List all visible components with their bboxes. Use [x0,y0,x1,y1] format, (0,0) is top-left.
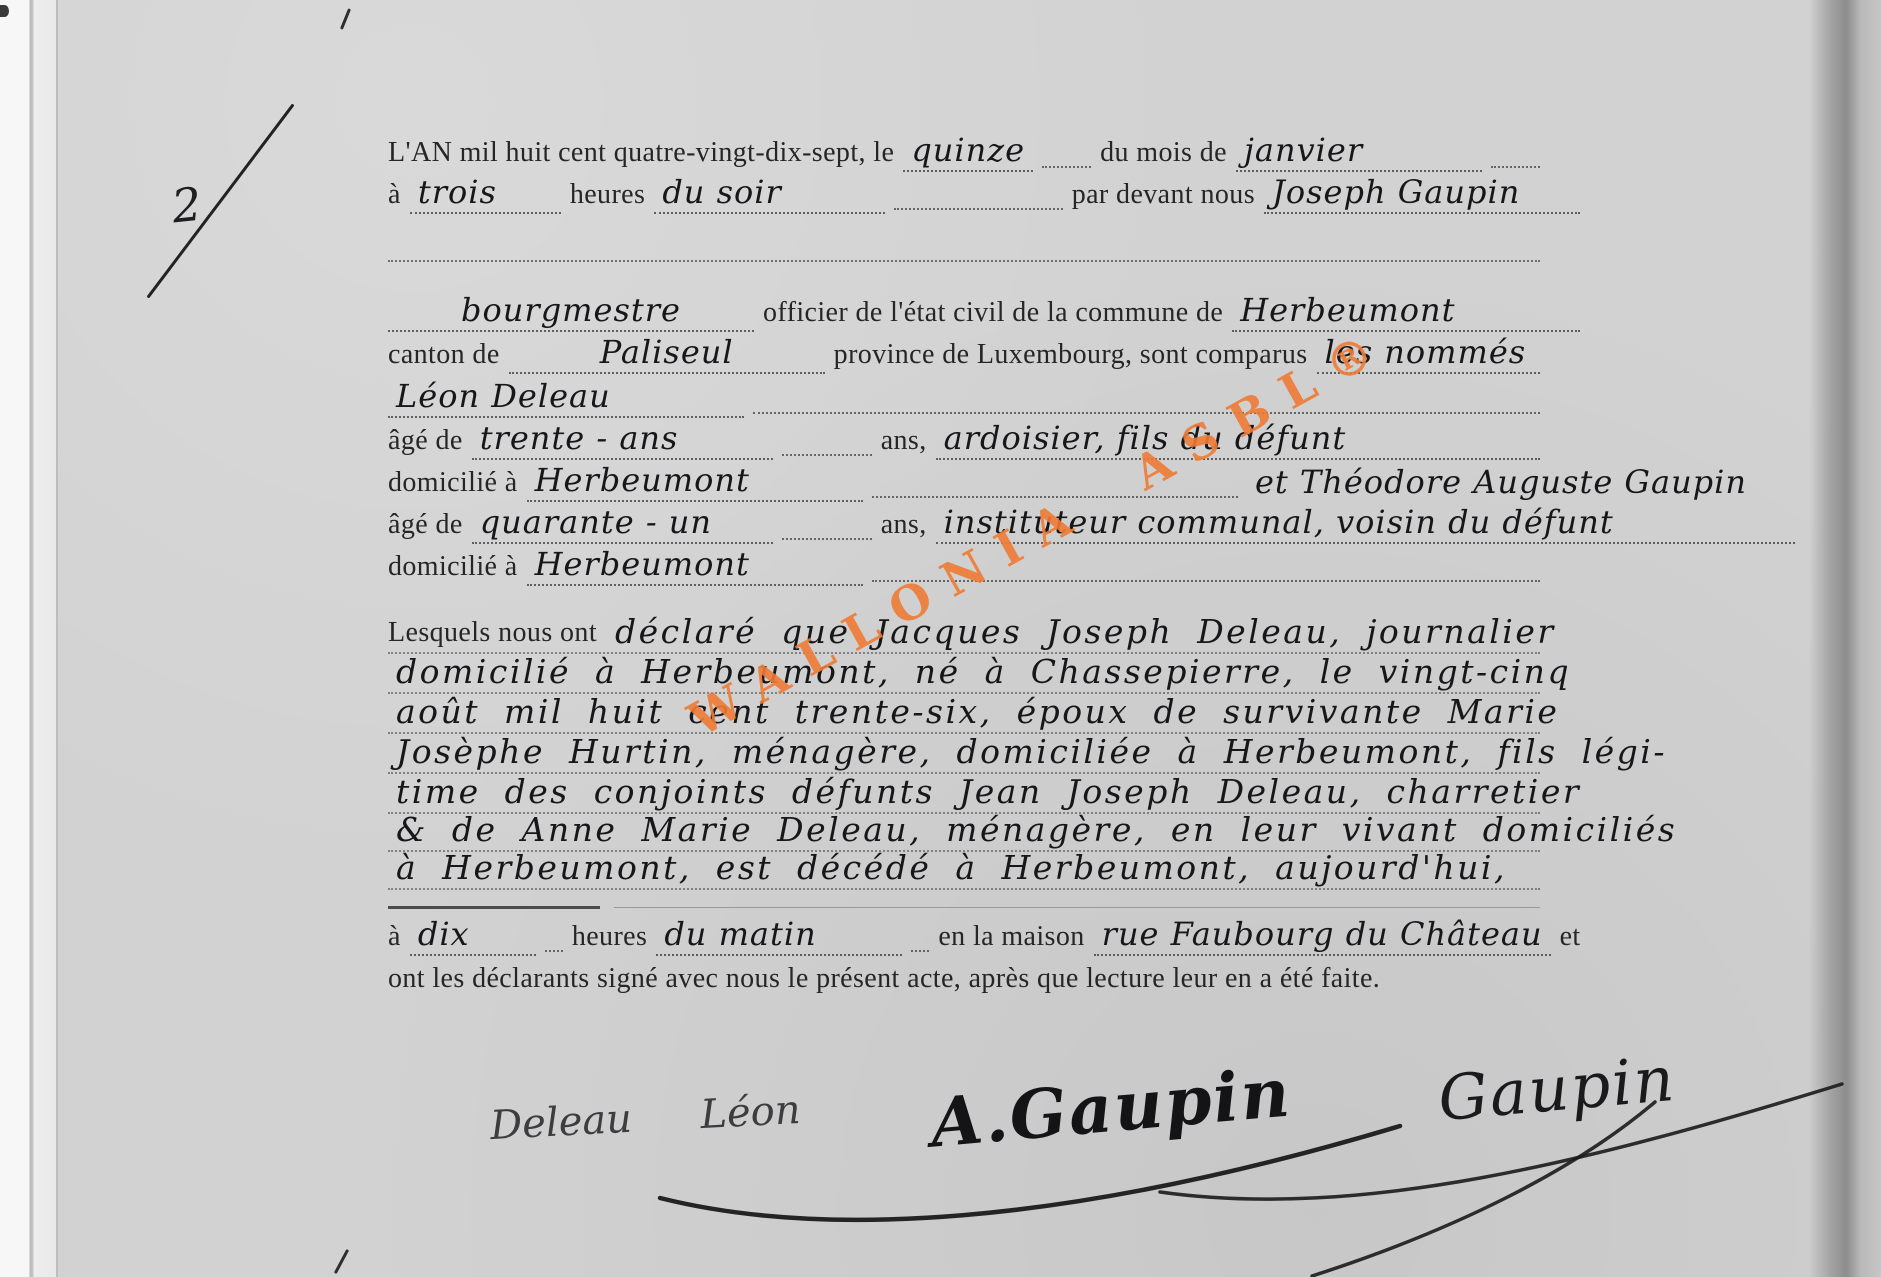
hw-canton: Paliseul [509,333,825,374]
hw-officer-title: bourgmestre [388,291,754,332]
hw-declaration-2: domicilié à Herbeumont, né à Chassepierr… [388,652,1579,692]
dotted-fill [1491,166,1540,168]
printed-officier: officier de l'état civil de la commune d… [763,297,1223,332]
declaration-line-5: time des conjoints défunts Jean Joseph D… [388,772,1540,814]
scan-corner-speck [0,5,9,17]
dotted-fill [545,950,563,952]
declaration-line-6: & de Anne Marie Deleau, ménagère, en leu… [388,810,1540,852]
line-death-time: à dix heures du matin en la maison rue F… [388,916,1540,956]
printed-at: à [388,921,401,956]
printed-domicile-label: domicilié à [388,551,518,586]
printed-month-label: du mois de [1100,137,1227,172]
line-year: L'AN mil huit cent quatre-vingt-dix-sept… [388,132,1540,172]
separator-faint-segment [614,907,1540,908]
dotted-fill [782,454,872,456]
hw-hour: trois [410,173,561,214]
printed-province: province de Luxembourg, sont comparus [834,339,1308,374]
dotted-fill [753,412,1540,414]
separator-solid-segment [388,906,600,909]
hw-age1: trente - ans [472,419,773,460]
hw-declaration-3: août mil huit cent trente-six, époux de … [388,692,1567,732]
blank-ruled-line [388,260,1540,262]
printed-year: L'AN mil huit cent quatre-vingt-dix-sept… [388,137,894,172]
line-declarant1-name: Léon Deleau [388,378,1540,418]
declaration-line-4: Josèphe Hurtin, ménagère, domiciliée à H… [388,732,1540,774]
line-hour: à trois heures du soir par devant nous J… [388,174,1540,214]
hw-domicile2: Herbeumont [527,545,863,586]
printed-domicile-label: domicilié à [388,467,518,502]
dotted-fill [1042,166,1091,168]
hw-declaration-6: & de Anne Marie Deleau, ménagère, en leu… [388,810,1685,850]
hw-month: janvier [1236,131,1482,172]
hw-address: rue Faubourg du Château [1094,915,1551,956]
printed-devant-nous: par devant nous [1072,179,1255,214]
hw-domicile1: Herbeumont [527,461,863,502]
printed-maison: en la maison [938,921,1084,956]
dotted-fill [911,950,929,952]
printed-canton-label: canton de [388,339,500,374]
declaration-line-1: Lesquels nous ont déclaré que Jacques Jo… [388,612,1540,654]
printed-lesquels: Lesquels nous ont [388,617,597,652]
hw-declarant2-name: et Théodore Auguste Gaupin [1247,463,1755,502]
declaration-line-2: domicilié à Herbeumont, né à Chassepierr… [388,652,1540,694]
hw-declaration-7: à Herbeumont, est décédé à Herbeumont, a… [388,848,1515,888]
margin-slash-mark [146,103,294,298]
hw-declarant1-name: Léon Deleau [388,377,744,418]
printed-heures: heures [572,921,647,956]
hw-death-period: du matin [656,915,902,956]
dotted-fill [894,208,1062,210]
printed-ans: ans, [881,425,927,460]
hw-declaration-4: Josèphe Hurtin, ménagère, domiciliée à H… [388,732,1675,772]
printed-at: à [388,179,401,214]
printed-closing: ont les déclarants signé avec nous le pr… [388,963,1380,998]
dotted-fill [782,538,872,540]
hw-period: du soir [654,173,885,214]
printed-age-label: âgé de [388,425,463,460]
line-age1: âgé de trente - ans ans, ardoisier, fils… [388,420,1540,460]
document-scan: 2 WALLONIA ASBL® L'AN mil huit cent quat… [0,0,1881,1277]
line-closing: ont les déclarants signé avec nous le pr… [388,958,1540,998]
hw-age2: quarante - un [472,503,773,544]
printed-heures: heures [570,179,645,214]
line-age2: âgé de quarante - un ans, instituteur co… [388,504,1540,544]
declaration-line-7: à Herbeumont, est décédé à Herbeumont, a… [388,848,1540,890]
pen-tick-bottom [334,1249,349,1274]
page-left-edge [0,0,58,1277]
declaration-line-3: août mil huit cent trente-six, époux de … [388,692,1540,734]
hw-commune: Herbeumont [1232,291,1580,332]
act-number: 2 [169,177,204,234]
hw-declaration-5: time des conjoints défunts Jean Joseph D… [388,772,1589,812]
separator-rule [388,906,1540,909]
line-domicile1: domicilié à Herbeumont et Théodore Augus… [388,462,1540,502]
hw-death-hour: dix [410,915,536,956]
printed-et: et [1560,921,1581,956]
pen-tick-top [340,8,351,30]
hw-day: quinze [903,131,1033,172]
hw-declaration-1: déclaré que Jacques Joseph Deleau, journ… [607,612,1564,652]
printed-ans: ans, [881,509,927,544]
hw-officer-name: Joseph Gaupin [1264,173,1580,214]
printed-age-label: âgé de [388,509,463,544]
